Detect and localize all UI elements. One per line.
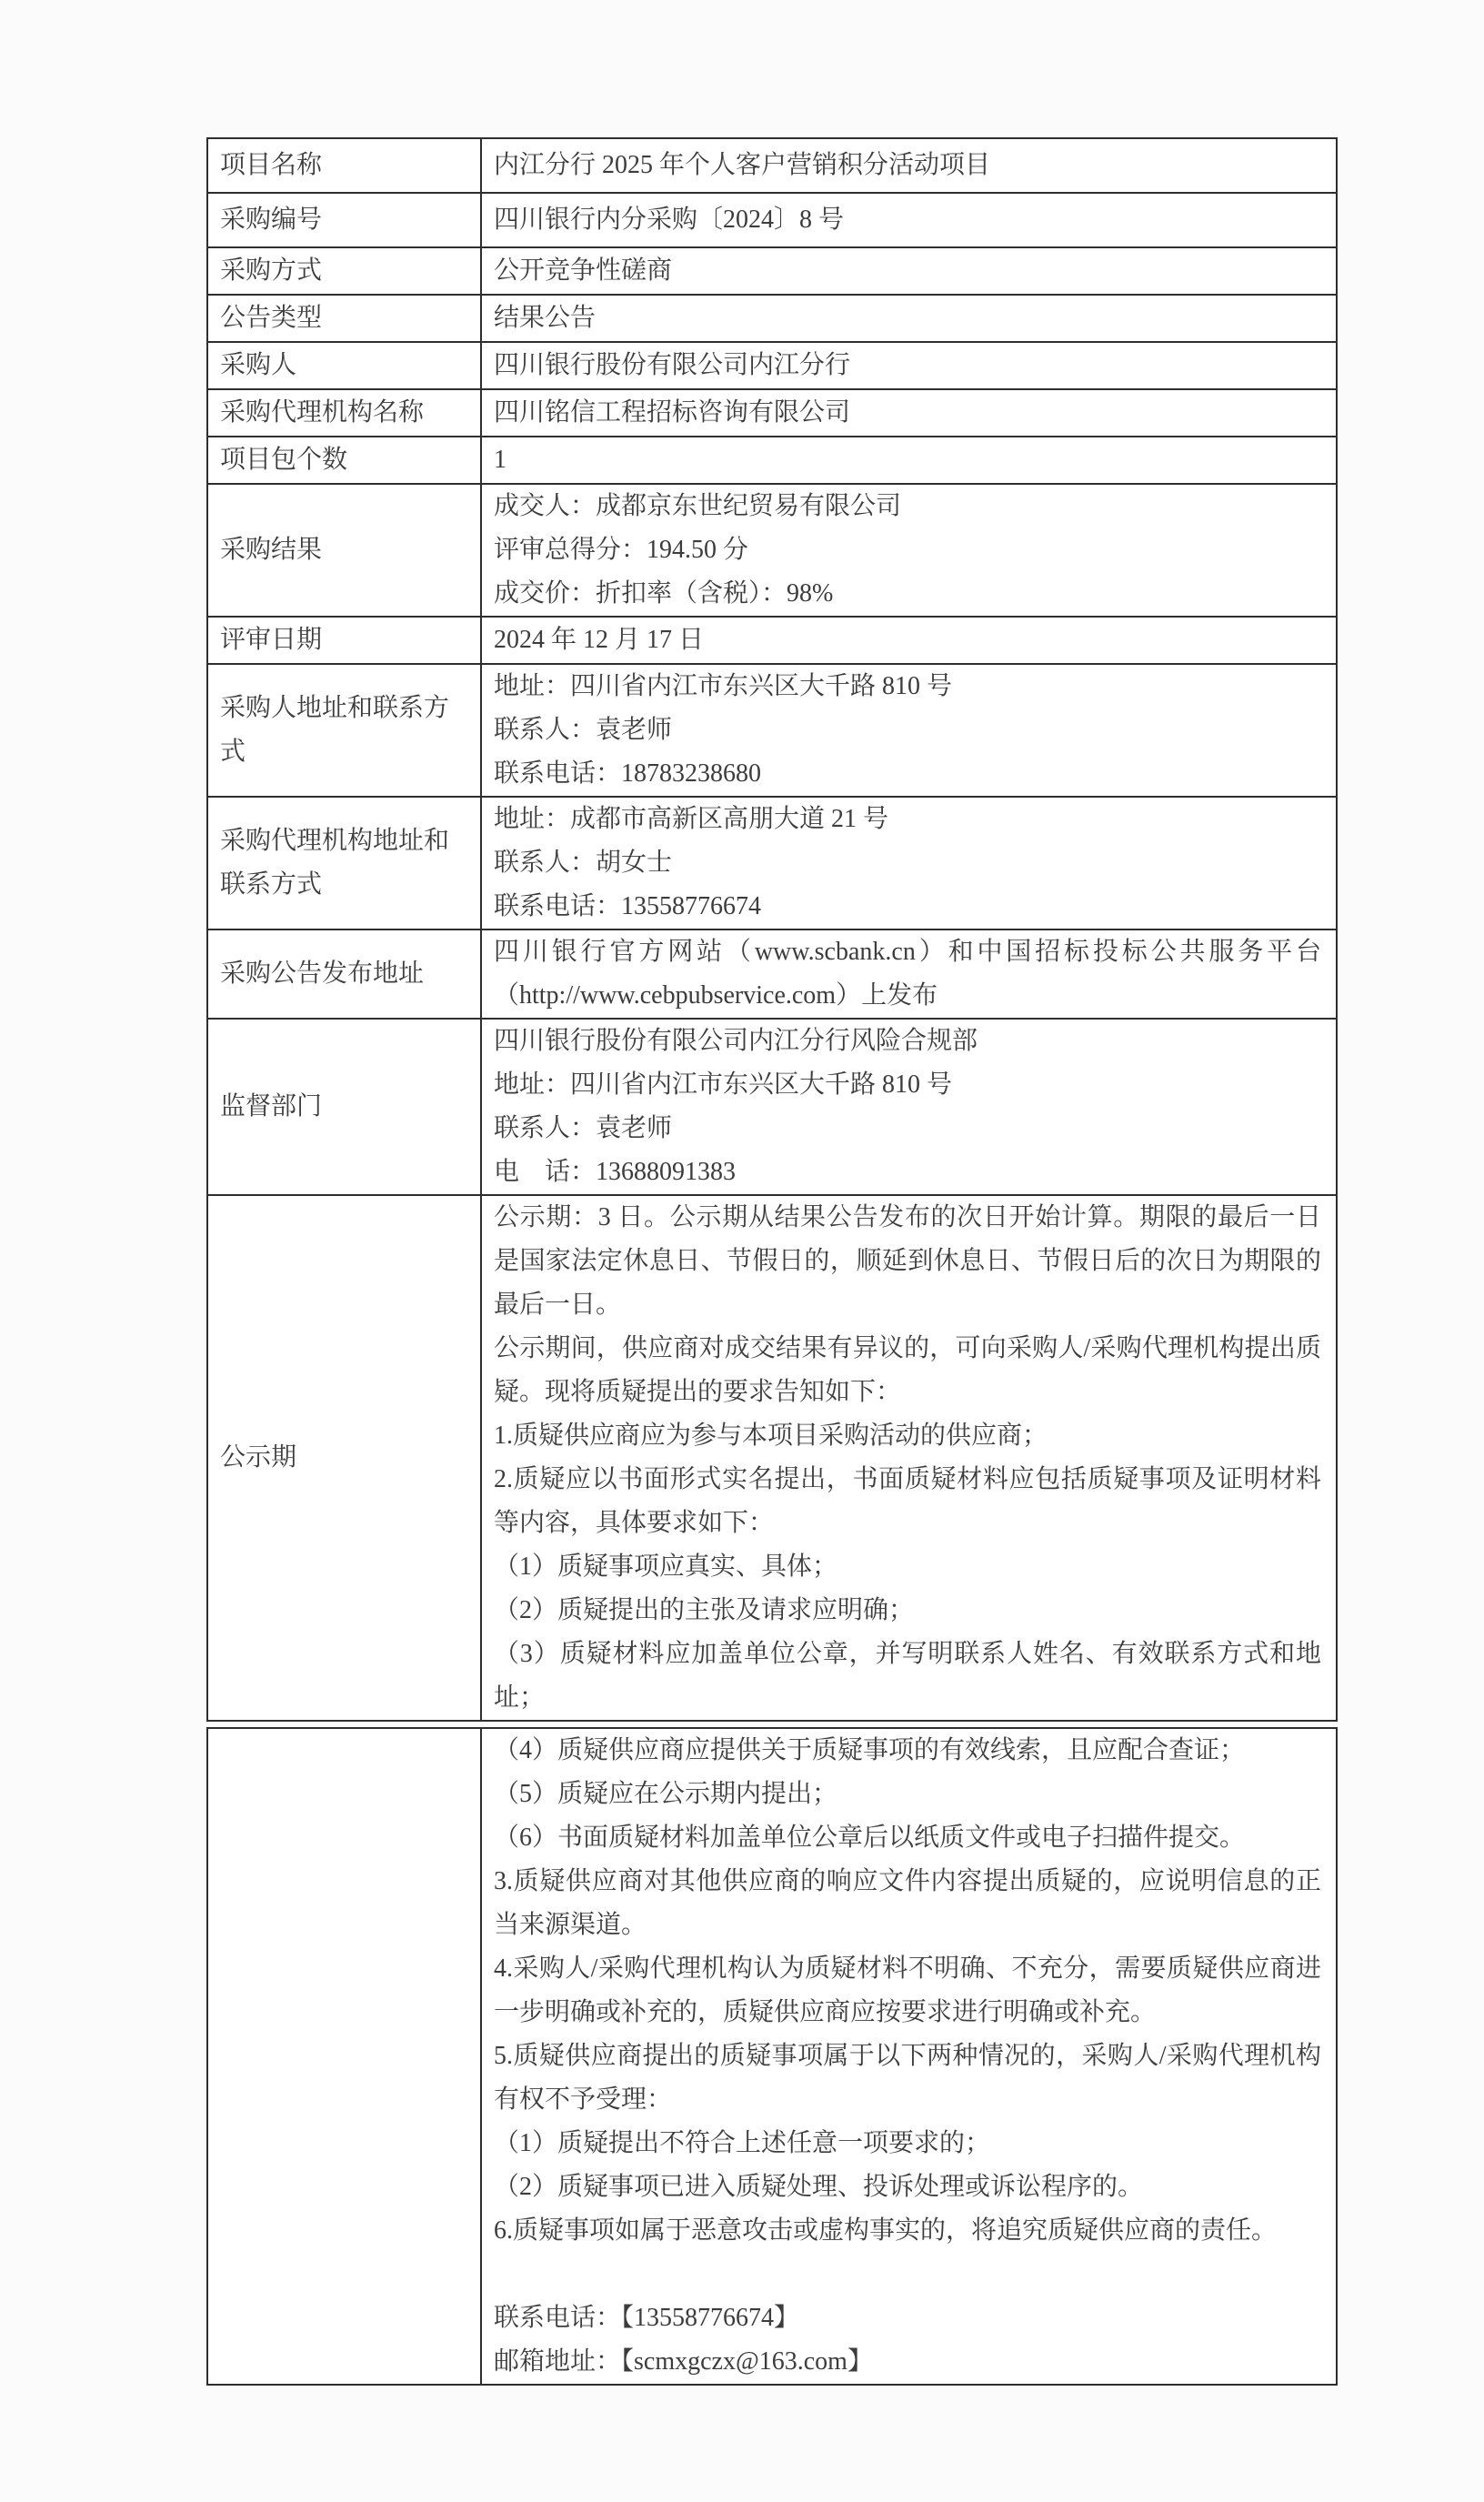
publicity-paragraph: （5）质疑应在公示期内提出； bbox=[494, 1773, 1321, 1816]
value-line-contact-person: 联系人：袁老师 bbox=[494, 1107, 1321, 1151]
table-row: 采购方式 公开竞争性磋商 bbox=[207, 247, 1337, 295]
publicity-paragraph: 4.采购人/采购代理机构认为质疑材料不明确、不充分，需要质疑供应商进一步明确或补… bbox=[494, 1947, 1321, 2035]
publicity-paragraph: 公示期：3 日。公示期从结果公告发布的次日开始计算。期限的最后一日是国家法定休息… bbox=[494, 1196, 1321, 1327]
publicity-paragraph: （6）书面质疑材料加盖单位公章后以纸质文件或电子扫描件提交。 bbox=[494, 1816, 1321, 1860]
row-label-review-date: 评审日期 bbox=[207, 617, 481, 664]
row-label-supervision-department: 监督部门 bbox=[207, 1019, 481, 1195]
value-line-phone: 联系电话：18783238680 bbox=[494, 752, 1321, 796]
table-row: 采购人 四川银行股份有限公司内江分行 bbox=[207, 342, 1337, 389]
publicity-paragraph: （1）质疑提出不符合上述任意一项要求的； bbox=[494, 2122, 1321, 2165]
row-label-agency-name: 采购代理机构名称 bbox=[207, 389, 481, 437]
publicity-paragraph: （4）质疑供应商应提供关于质疑事项的有效线索，且应配合查证； bbox=[494, 1729, 1321, 1773]
value-line: 四川银行股份有限公司内江分行 bbox=[494, 344, 1321, 387]
publicity-paragraph: （3）质疑材料应加盖单位公章，并写明联系人姓名、有效联系方式和地址； bbox=[494, 1633, 1321, 1720]
row-value-supervision-department: 四川银行股份有限公司内江分行风险合规部 地址：四川省内江市东兴区大千路 810 … bbox=[481, 1019, 1337, 1195]
value-line-phone: 联系电话：13558776674 bbox=[494, 885, 1321, 929]
row-label-announcement-type: 公告类型 bbox=[207, 295, 481, 342]
table-row: 采购编号 四川银行内分采购〔2024〕8 号 bbox=[207, 193, 1337, 247]
row-value-procurement-number: 四川银行内分采购〔2024〕8 号 bbox=[481, 193, 1337, 247]
value-line: 四川银行内分采购〔2024〕8 号 bbox=[494, 198, 1321, 242]
value-line-winner: 成交人：成都京东世纪贸易有限公司 bbox=[494, 485, 1321, 528]
row-value-purchaser-contact: 地址：四川省内江市东兴区大千路 810 号 联系人：袁老师 联系电话：18783… bbox=[481, 664, 1337, 797]
publicity-paragraph: 1.质疑供应商应为参与本项目采购活动的供应商； bbox=[494, 1414, 1321, 1458]
value-paragraph: 四川银行官方网站（www.scbank.cn）和中国招标投标公共服务平台（htt… bbox=[494, 930, 1321, 1018]
value-line: 内江分行 2025 年个人客户营销积分活动项目 bbox=[494, 144, 1321, 187]
publicity-paragraph: 6.质疑事项如属于恶意攻击或虚构事实的，将追究质疑供应商的责任。 bbox=[494, 2209, 1321, 2253]
row-label-procurement-result: 采购结果 bbox=[207, 484, 481, 617]
row-label-procurement-number: 采购编号 bbox=[207, 193, 481, 247]
row-label-purchaser: 采购人 bbox=[207, 342, 481, 389]
row-label-package-count: 项目包个数 bbox=[207, 437, 481, 484]
publicity-paragraph: （1）质疑事项应真实、具体； bbox=[494, 1545, 1321, 1589]
row-value-purchaser: 四川银行股份有限公司内江分行 bbox=[481, 342, 1337, 389]
table-row: （4）质疑供应商应提供关于质疑事项的有效线索，且应配合查证； （5）质疑应在公示… bbox=[207, 1728, 1337, 2385]
value-line-department: 四川银行股份有限公司内江分行风险合规部 bbox=[494, 1020, 1321, 1063]
row-value-review-date: 2024 年 12 月 17 日 bbox=[481, 617, 1337, 664]
row-value-publicity-period: 公示期：3 日。公示期从结果公告发布的次日开始计算。期限的最后一日是国家法定休息… bbox=[481, 1195, 1337, 1721]
row-label-agency-contact: 采购代理机构地址和联系方式 bbox=[207, 797, 481, 929]
row-value-announcement-type: 结果公告 bbox=[481, 295, 1337, 342]
publicity-paragraph: 3.质疑供应商对其他供应商的响应文件内容提出质疑的，应说明信息的正当来源渠道。 bbox=[494, 1860, 1321, 1947]
row-label-publicity-period: 公示期 bbox=[207, 1195, 481, 1721]
announcement-table-main: 项目名称 内江分行 2025 年个人客户营销积分活动项目 采购编号 四川银行内分… bbox=[206, 137, 1338, 1722]
publicity-paragraph: 5.质疑供应商提出的质疑事项属于以下两种情况的，采购人/采购代理机构有权不予受理… bbox=[494, 2035, 1321, 2122]
table-row: 项目名称 内江分行 2025 年个人客户营销积分活动项目 bbox=[207, 138, 1337, 193]
value-line-address: 地址：四川省内江市东兴区大千路 810 号 bbox=[494, 665, 1321, 708]
row-value-project-name: 内江分行 2025 年个人客户营销积分活动项目 bbox=[481, 138, 1337, 193]
value-line-address: 地址：成都市高新区高朋大道 21 号 bbox=[494, 798, 1321, 841]
announcement-document: 项目名称 内江分行 2025 年个人客户营销积分活动项目 采购编号 四川银行内分… bbox=[206, 137, 1279, 2386]
value-line: 公开竞争性磋商 bbox=[494, 249, 1321, 293]
row-value-procurement-method: 公开竞争性磋商 bbox=[481, 247, 1337, 295]
table-row: 采购代理机构地址和联系方式 地址：成都市高新区高朋大道 21 号 联系人：胡女士… bbox=[207, 797, 1337, 929]
announcement-table-continuation: （4）质疑供应商应提供关于质疑事项的有效线索，且应配合查证； （5）质疑应在公示… bbox=[206, 1727, 1338, 2386]
row-label-procurement-method: 采购方式 bbox=[207, 247, 481, 295]
table-row: 公示期 公示期：3 日。公示期从结果公告发布的次日开始计算。期限的最后一日是国家… bbox=[207, 1195, 1337, 1721]
row-value-procurement-result: 成交人：成都京东世纪贸易有限公司 评审总得分：194.50 分 成交价：折扣率（… bbox=[481, 484, 1337, 617]
value-line-address: 地址：四川省内江市东兴区大千路 810 号 bbox=[494, 1063, 1321, 1107]
table-row: 项目包个数 1 bbox=[207, 437, 1337, 484]
value-line: 2024 年 12 月 17 日 bbox=[494, 618, 1321, 662]
value-line-contact-person: 联系人：胡女士 bbox=[494, 841, 1321, 885]
row-value-publish-location: 四川银行官方网站（www.scbank.cn）和中国招标投标公共服务平台（htt… bbox=[481, 929, 1337, 1019]
table-row: 公告类型 结果公告 bbox=[207, 295, 1337, 342]
contact-phone-line: 联系电话：【13558776674】 bbox=[494, 2296, 1321, 2340]
table-row: 采购代理机构名称 四川铭信工程招标咨询有限公司 bbox=[207, 389, 1337, 437]
value-line-score: 评审总得分：194.50 分 bbox=[494, 528, 1321, 572]
publicity-paragraph: 公示期间，供应商对成交结果有异议的，可向采购人/采购代理机构提出质疑。现将质疑提… bbox=[494, 1327, 1321, 1414]
table-row: 监督部门 四川银行股份有限公司内江分行风险合规部 地址：四川省内江市东兴区大千路… bbox=[207, 1019, 1337, 1195]
value-line-contact-person: 联系人：袁老师 bbox=[494, 708, 1321, 752]
blank-line bbox=[494, 2253, 1321, 2296]
value-line-price: 成交价：折扣率（含税）：98% bbox=[494, 572, 1321, 616]
row-label-publish-location: 采购公告发布地址 bbox=[207, 929, 481, 1019]
row-label-purchaser-contact: 采购人地址和联系方式 bbox=[207, 664, 481, 797]
table-row: 评审日期 2024 年 12 月 17 日 bbox=[207, 617, 1337, 664]
row-value-package-count: 1 bbox=[481, 437, 1337, 484]
publicity-paragraph: （2）质疑提出的主张及请求应明确； bbox=[494, 1589, 1321, 1633]
value-line-phone: 电 话：13688091383 bbox=[494, 1151, 1321, 1194]
row-value-agency-contact: 地址：成都市高新区高朋大道 21 号 联系人：胡女士 联系电话：13558776… bbox=[481, 797, 1337, 929]
publicity-paragraph: （2）质疑事项已进入质疑处理、投诉处理或诉讼程序的。 bbox=[494, 2165, 1321, 2209]
publicity-paragraph: 2.质疑应以书面形式实名提出，书面质疑材料应包括质疑事项及证明材料等内容，具体要… bbox=[494, 1458, 1321, 1545]
table-row: 采购公告发布地址 四川银行官方网站（www.scbank.cn）和中国招标投标公… bbox=[207, 929, 1337, 1019]
row-value-agency-name: 四川铭信工程招标咨询有限公司 bbox=[481, 389, 1337, 437]
value-line: 结果公告 bbox=[494, 296, 1321, 340]
value-line: 1 bbox=[494, 438, 1321, 482]
table-row: 采购结果 成交人：成都京东世纪贸易有限公司 评审总得分：194.50 分 成交价… bbox=[207, 484, 1337, 617]
row-value-publicity-continuation: （4）质疑供应商应提供关于质疑事项的有效线索，且应配合查证； （5）质疑应在公示… bbox=[481, 1728, 1337, 2385]
row-label-empty bbox=[207, 1728, 481, 2385]
contact-email-line: 邮箱地址：【scmxgczx@163.com】 bbox=[494, 2340, 1321, 2384]
row-label-project-name: 项目名称 bbox=[207, 138, 481, 193]
value-line: 四川铭信工程招标咨询有限公司 bbox=[494, 391, 1321, 435]
table-row: 采购人地址和联系方式 地址：四川省内江市东兴区大千路 810 号 联系人：袁老师… bbox=[207, 664, 1337, 797]
